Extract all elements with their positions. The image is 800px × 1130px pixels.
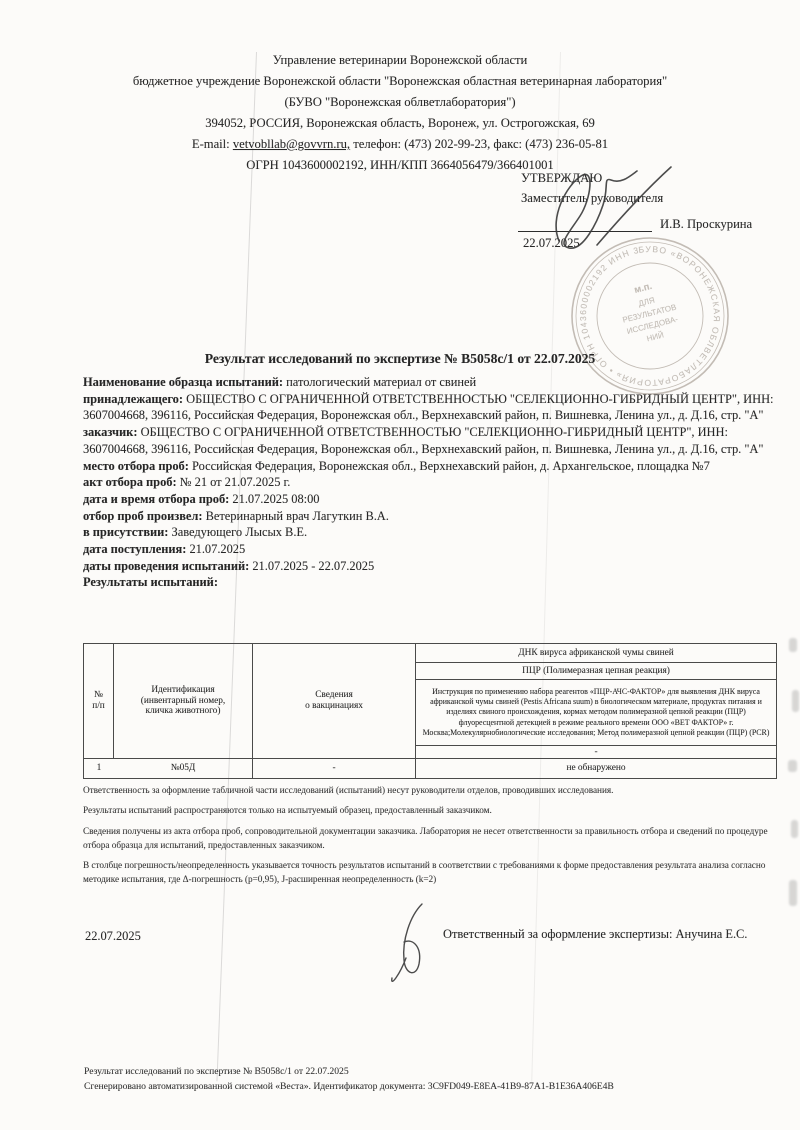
- scan-smudge: [792, 690, 799, 712]
- result-header-method-detail: Инструкция по применению набора реагенто…: [416, 680, 776, 746]
- field-witness: в присутствии: Заведующего Лысых В.Е.: [83, 524, 779, 541]
- scan-smudge: [789, 880, 797, 906]
- field-sampling-datetime: дата и время отбора проб: 21.07.2025 08:…: [83, 491, 779, 508]
- stamp-inner-text: ДЛЯ: [637, 296, 655, 309]
- col-header-vaccinations: Сведения о вакцинациях: [253, 644, 416, 759]
- email-link[interactable]: vetvobllab@govvrn.ru,: [233, 137, 350, 151]
- org-address: 394052, РОССИЯ, Воронежская область, Вор…: [55, 113, 745, 134]
- responsible-signature-icon: [382, 898, 438, 994]
- results-table: № п/п Идентификация (инвентарный номер, …: [83, 643, 777, 779]
- result-header-method-name: ПЦР (Полимеразная цепная реакция): [416, 663, 776, 680]
- org-name-line3: (БУВО "Воронежская облветлаборатория"): [55, 92, 745, 113]
- row-result: не обнаружено: [416, 759, 776, 778]
- document-page: Управление ветеринарии Воронежской облас…: [0, 0, 800, 1130]
- email-label: E-mail:: [192, 137, 230, 151]
- row-identification: №05Д: [114, 759, 253, 778]
- footer-expertise-ref: Результат исследований по экспертизе № В…: [84, 1064, 614, 1079]
- note-1: Ответственность за оформление табличной …: [83, 783, 789, 797]
- row-num: 1: [84, 759, 114, 778]
- col-header-identification: Идентификация (инвентарный номер, кличка…: [114, 644, 253, 759]
- stamp-mp-text: м.п.: [633, 281, 653, 296]
- report-title: Результат исследований по экспертизе № В…: [55, 351, 745, 367]
- scan-smudge: [789, 638, 797, 652]
- letterhead: Управление ветеринарии Воронежской облас…: [55, 50, 745, 176]
- org-contacts: E-mail: vetvobllab@govvrn.ru, телефон: (…: [55, 134, 745, 155]
- org-name-line2: бюджетное учреждение Воронежской области…: [55, 71, 745, 92]
- scan-smudge: [791, 820, 798, 838]
- org-name-line1: Управление ветеринарии Воронежской облас…: [55, 50, 745, 71]
- disclaimer-notes: Ответственность за оформление табличной …: [83, 783, 789, 893]
- report-fields: Наименование образца испытаний: патологи…: [83, 374, 779, 591]
- document-footer: Результат исследований по экспертизе № В…: [84, 1064, 614, 1094]
- footer-vesta-id: Сгенерировано автоматизированной системо…: [84, 1079, 614, 1094]
- result-header-dash: -: [416, 746, 776, 759]
- responsible-person: Ответственный за оформление экспертизы: …: [443, 927, 747, 942]
- field-sample-name: Наименование образца испытаний: патологи…: [83, 374, 779, 391]
- result-header-agent: ДНК вируса африканской чумы свиней: [416, 644, 776, 663]
- results-label: Результаты испытаний:: [83, 574, 779, 591]
- signoff-date: 22.07.2025: [85, 929, 141, 944]
- field-sampling-place: место отбора проб: Российская Федерация,…: [83, 458, 779, 475]
- field-sampled-by: отбор проб произвел: Ветеринарный врач Л…: [83, 508, 779, 525]
- field-customer: заказчик: ОБЩЕСТВО С ОГРАНИЧЕННОЙ ОТВЕТС…: [83, 424, 779, 457]
- field-owner: принадлежащего: ОБЩЕСТВО С ОГРАНИЧЕННОЙ …: [83, 391, 779, 424]
- note-3: Сведения получены из акта отбора проб, с…: [83, 824, 789, 853]
- col-header-num: № п/п: [84, 644, 114, 759]
- field-sampling-act: акт отбора проб: № 21 от 21.07.2025 г.: [83, 474, 779, 491]
- row-vaccinations: -: [253, 759, 416, 778]
- note-2: Результаты испытаний распространяются то…: [83, 803, 789, 817]
- note-4: В столбце погрешность/неопределенность у…: [83, 858, 789, 887]
- field-received-date: дата поступления: 21.07.2025: [83, 541, 779, 558]
- phone-fax: телефон: (473) 202-99-23, факс: (473) 23…: [353, 137, 608, 151]
- scan-smudge: [788, 760, 797, 772]
- field-test-dates: даты проведения испытаний: 21.07.2025 - …: [83, 558, 779, 575]
- stamp-inner-text: НИЙ: [646, 330, 665, 343]
